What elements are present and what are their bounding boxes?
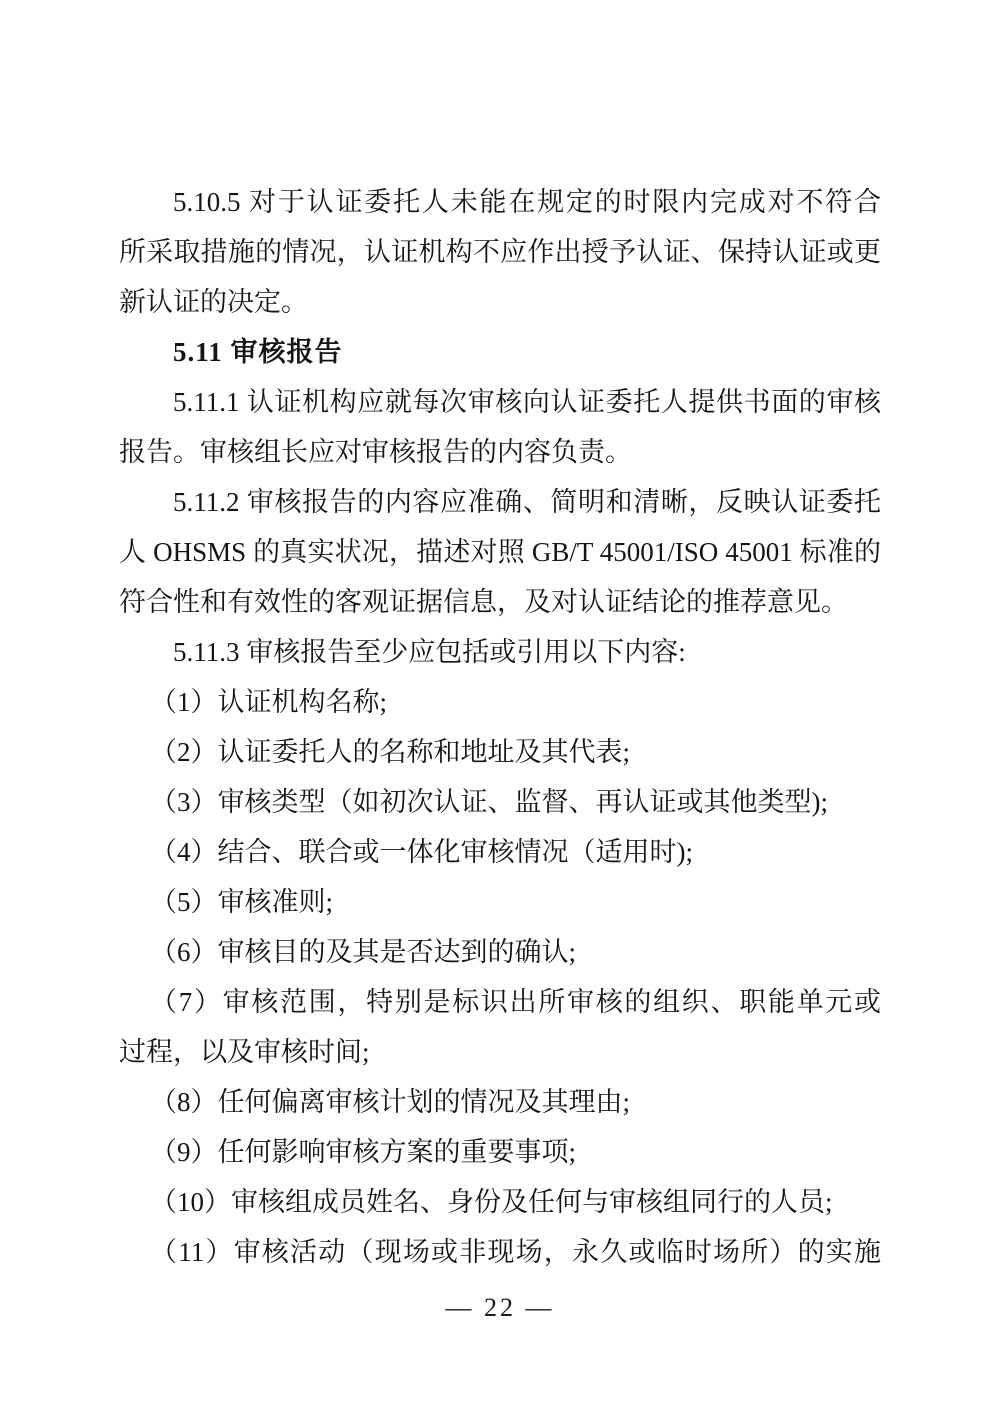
list-item-10: （10）审核组成员姓名、身份及任何与审核组同行的人员; <box>119 1177 881 1227</box>
clause-5-11-2-line-2: 人 OHSMS 的真实状况，描述对照 GB/T 45001/ISO 45001 … <box>119 527 881 577</box>
list-item-11-line-1: （11）审核活动（现场或非现场，永久或临时场所）的实施 <box>119 1227 881 1277</box>
clause-5-10-5-line-1: 5.10.5 对于认证委托人未能在规定的时限内完成对不符合 <box>119 177 881 227</box>
list-item-1: （1）认证机构名称; <box>119 677 881 727</box>
clause-5-10-5-line-2: 所采取措施的情况，认证机构不应作出授予认证、保持认证或更 <box>119 227 881 277</box>
list-item-4: （4）结合、联合或一体化审核情况（适用时); <box>119 827 881 877</box>
list-item-2: （2）认证委托人的名称和地址及其代表; <box>119 727 881 777</box>
list-item-5: （5）审核准则; <box>119 877 881 927</box>
page-number: — 22 — <box>119 1288 881 1328</box>
section-heading-5-11: 5.11 审核报告 <box>119 327 881 377</box>
list-item-9: （9）任何影响审核方案的重要事项; <box>119 1127 881 1177</box>
list-item-8: （8）任何偏离审核计划的情况及其理由; <box>119 1077 881 1127</box>
clause-5-11-1-line-1: 5.11.1 认证机构应就每次审核向认证委托人提供书面的审核 <box>119 377 881 427</box>
list-item-3: （3）审核类型（如初次认证、监督、再认证或其他类型); <box>119 777 881 827</box>
list-item-7-line-2: 过程，以及审核时间; <box>119 1027 881 1077</box>
clause-5-11-1-line-2: 报告。审核组长应对审核报告的内容负责。 <box>119 427 881 477</box>
list-item-7-line-1: （7）审核范围，特别是标识出所审核的组织、职能单元或 <box>119 977 881 1027</box>
page-content: 5.10.5 对于认证委托人未能在规定的时限内完成对不符合 所采取措施的情况，认… <box>119 177 881 1277</box>
document-page: 5.10.5 对于认证委托人未能在规定的时限内完成对不符合 所采取措施的情况，认… <box>0 0 1000 1414</box>
clause-5-10-5-line-3: 新认证的决定。 <box>119 277 881 327</box>
clause-5-11-2-line-1: 5.11.2 审核报告的内容应准确、简明和清晰，反映认证委托 <box>119 477 881 527</box>
list-item-6: （6）审核目的及其是否达到的确认; <box>119 927 881 977</box>
clause-5-11-2-line-3: 符合性和有效性的客观证据信息，及对认证结论的推荐意见。 <box>119 577 881 627</box>
clause-5-11-3-intro: 5.11.3 审核报告至少应包括或引用以下内容: <box>119 627 881 677</box>
